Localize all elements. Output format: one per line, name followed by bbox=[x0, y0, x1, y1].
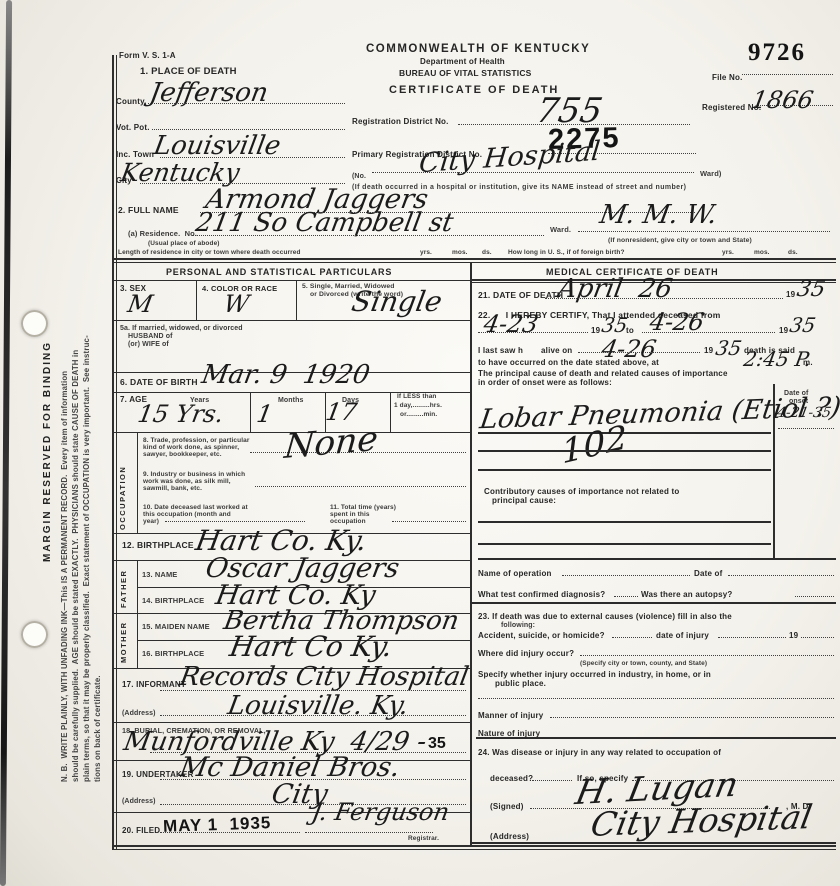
occurred-label: to have occurred on the date stated abov… bbox=[478, 359, 659, 367]
no-label: (No. bbox=[352, 173, 366, 180]
personal-title: PERSONAL AND STATISTICAL PARTICULARS bbox=[166, 268, 392, 277]
race-value: W bbox=[222, 292, 251, 316]
manner-injury-label: Manner of injury bbox=[478, 712, 543, 720]
institution-line bbox=[372, 172, 694, 173]
contributory-label-1: Contributory causes of importance not re… bbox=[484, 488, 679, 496]
date-of-death-year-pre: 19 bbox=[786, 291, 795, 299]
mother-birthplace-label: 16. BIRTHPLACE bbox=[142, 650, 204, 658]
mos1-label: mos. bbox=[452, 250, 468, 257]
father-vertical-label: FATHER bbox=[119, 566, 128, 608]
test-line bbox=[614, 596, 638, 597]
age-cell-line-3 bbox=[390, 392, 391, 432]
place-of-death-section: 1. PLACE OF DEATH bbox=[140, 67, 237, 77]
autopsy-label: Was there an autopsy? bbox=[641, 591, 732, 599]
operation-date-line bbox=[728, 575, 834, 576]
last-saw-year-pre: 19 bbox=[704, 347, 713, 355]
date-of-death-year: 35 bbox=[795, 279, 827, 301]
howlong-note: How long in U. S., if of foreign birth? bbox=[508, 250, 625, 257]
county-label: County bbox=[116, 98, 145, 106]
occ10-line bbox=[165, 521, 305, 522]
ds1-label: ds. bbox=[482, 250, 492, 257]
age-less-note-3: or.........min. bbox=[400, 412, 437, 419]
ward-value: M. M. W. bbox=[598, 202, 719, 228]
manner-injury-line bbox=[550, 717, 834, 718]
margin-nb-line3: plain terms, so that it may be properly … bbox=[82, 335, 91, 782]
specify-line bbox=[478, 698, 834, 699]
occupation-strip-line bbox=[137, 432, 138, 533]
attended-from-line bbox=[478, 332, 588, 333]
marital-value: Single bbox=[350, 288, 445, 316]
file-no-label: File No. bbox=[712, 74, 743, 82]
residence-value: 211 So Campbell st bbox=[194, 210, 456, 236]
father-name-value: Oscar Jaggers bbox=[204, 555, 402, 582]
father-birthplace-value: Hart Co. Ky bbox=[214, 582, 378, 609]
reg-district-label: Registration District No. bbox=[352, 118, 449, 126]
vot-pot-label: Vot. Pot. bbox=[116, 124, 150, 132]
last-saw-year: 35 bbox=[714, 338, 743, 358]
informant-value: Records City Hospital bbox=[178, 664, 471, 690]
informant-bottom-line bbox=[112, 722, 470, 723]
injury-year-line bbox=[801, 637, 834, 638]
birthplace-value: Hart Co. Ky. bbox=[194, 527, 369, 555]
column-divider bbox=[470, 262, 472, 846]
where-injury-line bbox=[580, 655, 834, 656]
mother-name-label: 15. MAIDEN NAME bbox=[142, 623, 210, 631]
attended-to-year: 35 bbox=[788, 315, 817, 335]
father-birthplace-label: 14. BIRTHPLACE bbox=[142, 597, 204, 605]
divider-top-outer bbox=[112, 258, 836, 260]
informant-address-line bbox=[160, 715, 466, 716]
death-certificate-scan: MARGIN RESERVED FOR BINDING N. B. WRITE … bbox=[0, 0, 840, 886]
attended-to-line bbox=[642, 332, 775, 333]
ward-line bbox=[578, 231, 830, 232]
test-row-bottom-line bbox=[470, 602, 836, 604]
attended-to-label: to bbox=[626, 327, 634, 335]
injury-year-pre: 19 bbox=[789, 632, 798, 640]
informant-label: 17. INFORMANT bbox=[122, 681, 186, 689]
accident-line bbox=[612, 637, 652, 638]
occ11-line bbox=[392, 521, 466, 522]
vot-pot-line bbox=[152, 129, 345, 130]
department-line: Department of Health bbox=[420, 58, 505, 66]
file-no-line bbox=[742, 74, 833, 75]
dob-value: Mar. 9 1920 bbox=[200, 362, 372, 388]
cause-intro-1: The principal cause of death and related… bbox=[478, 370, 728, 378]
registrar-label: Registrar. bbox=[408, 836, 439, 843]
last-saw-label-2: alive on bbox=[541, 347, 572, 355]
race-marital-cell-line bbox=[296, 280, 297, 320]
sex-row-bottom-line bbox=[112, 320, 470, 321]
onset-date-value: 4-21-35 bbox=[776, 406, 832, 420]
where-injury-label: Where did injury occur? bbox=[478, 650, 574, 658]
residence-label: (a) Residence. No. bbox=[128, 230, 197, 238]
state-header: COMMONWEALTH OF KENTUCKY bbox=[366, 44, 590, 56]
cause-line-3 bbox=[478, 469, 771, 471]
item23-label-1: 23. If death was due to external causes … bbox=[478, 613, 732, 621]
autopsy-line bbox=[795, 596, 834, 597]
time-m-label: m. bbox=[803, 359, 813, 367]
contributory-label-2: principal cause: bbox=[492, 497, 556, 505]
occ8-label-3: sawyer, bookkeeper, etc. bbox=[143, 452, 222, 459]
specify-label-1: Specify whether injury occurred in indus… bbox=[478, 671, 711, 679]
certificate-title: CERTIFICATE OF DEATH bbox=[389, 85, 559, 96]
married-note-3: (or) WIFE of bbox=[128, 341, 169, 348]
contributory-line-2 bbox=[478, 543, 771, 545]
specify-label-2: public place. bbox=[495, 680, 546, 688]
operation-date-label: Date of bbox=[694, 570, 723, 578]
test-label: What test confirmed diagnosis? bbox=[478, 591, 605, 599]
attended-to-year-pre: 19 bbox=[779, 327, 788, 335]
sex-value: M bbox=[126, 292, 155, 316]
filed-label: 20. FILED bbox=[122, 827, 160, 835]
deceased-line bbox=[532, 780, 572, 781]
length-of-residence-note: Length of residence in city or town wher… bbox=[118, 250, 301, 257]
contributory-line-3 bbox=[478, 558, 836, 560]
occ9-label-3: sawmill, bank, etc. bbox=[143, 486, 202, 493]
undertaker-value: Mc Daniel Bros. bbox=[178, 754, 403, 781]
occ9-line bbox=[255, 486, 466, 487]
mother-birthplace-value: Hart Co Ky. bbox=[228, 633, 395, 661]
age-months-value: 1 bbox=[255, 402, 275, 426]
margin-nb-line1: N. B. WRITE PLAINLY, WITH UNFADING INK—T… bbox=[60, 371, 69, 782]
age-less-note-2: 1 day,.........hrs. bbox=[394, 403, 442, 410]
divider-top-inner bbox=[112, 262, 836, 263]
operation-label: Name of operation bbox=[478, 570, 552, 578]
city-value: Kentucky bbox=[119, 160, 242, 185]
full-name-label: 2. FULL NAME bbox=[118, 206, 179, 215]
operation-line bbox=[562, 575, 690, 576]
physician-address-label: (Address) bbox=[490, 833, 529, 841]
contributory-line-1 bbox=[478, 521, 771, 523]
informant-address-label: (Address) bbox=[122, 710, 156, 717]
cause-line-2 bbox=[478, 450, 771, 452]
occ8-value: None bbox=[283, 422, 379, 464]
injury-date-label: date of injury bbox=[656, 632, 709, 640]
nature-injury-line bbox=[476, 737, 836, 739]
injury-date-line bbox=[718, 637, 786, 638]
form-code: Form V. S. 1-A bbox=[119, 52, 176, 60]
yrs1-label: yrs. bbox=[420, 250, 432, 257]
mos2-label: mos. bbox=[754, 250, 770, 257]
registered-no-value: 1866 bbox=[750, 88, 815, 112]
signed-label: (Signed) bbox=[490, 803, 524, 811]
form-border-bottom-inner bbox=[112, 849, 836, 850]
registrar-line bbox=[305, 832, 433, 833]
age-months-header: Months bbox=[278, 397, 303, 404]
item24-label: 24. Was disease or injury in any way rel… bbox=[478, 749, 721, 757]
bureau-line: BUREAU OF VITAL STATISTICS bbox=[399, 69, 532, 78]
punch-hole-bottom bbox=[21, 621, 48, 648]
birthplace-label: 12. BIRTHPLACE bbox=[122, 541, 194, 550]
margin-nb-line4: tions on back of certificate. bbox=[93, 675, 102, 782]
form-border-left-outer bbox=[112, 55, 114, 849]
county-line bbox=[148, 103, 345, 104]
attended-to-value: 4-26 bbox=[648, 310, 706, 334]
last-saw-label-1: I last saw h bbox=[478, 347, 523, 355]
item23-label-2: following: bbox=[501, 622, 535, 629]
attended-from-year: 35 bbox=[600, 315, 629, 335]
form-border-bottom-outer bbox=[112, 845, 836, 847]
accident-label: Accident, suicide, or homicide? bbox=[478, 632, 605, 640]
yrs2-label: yrs. bbox=[722, 250, 734, 257]
form-border-left-inner bbox=[116, 55, 117, 849]
age-less-note-1: If LESS than bbox=[397, 394, 436, 401]
burial-year-value: 35 bbox=[428, 736, 446, 752]
serial-number: 9726 bbox=[748, 40, 806, 65]
personal-title-line bbox=[112, 280, 470, 281]
undertaker-address-label: (Address) bbox=[122, 798, 156, 805]
occ10-label-3: year) bbox=[143, 519, 159, 526]
abode-note: (Usual place of abode) bbox=[148, 241, 220, 248]
margin-binding-note: MARGIN RESERVED FOR BINDING bbox=[42, 341, 53, 562]
nonresident-note: (If nonresident, give city or town and S… bbox=[608, 238, 752, 245]
mother-vertical-label: MOTHER bbox=[119, 619, 128, 663]
inc-town-value: Louisville bbox=[152, 133, 283, 159]
married-note-2: HUSBAND of bbox=[128, 333, 173, 340]
age-years-value: 15 Yrs. bbox=[136, 402, 226, 426]
registrar-signature: J. Ferguson bbox=[310, 800, 451, 824]
punch-hole-top bbox=[21, 310, 48, 337]
date-of-death-line bbox=[545, 298, 783, 299]
age-cell-line-1 bbox=[250, 392, 251, 432]
cause-intro-2: in order of onset were as follows: bbox=[478, 379, 612, 387]
ward-paren-label: Ward) bbox=[700, 170, 721, 178]
dob-label: 6. DATE OF BIRTH bbox=[120, 378, 198, 387]
ward-label: Ward. bbox=[550, 226, 571, 234]
physician-address-line bbox=[470, 842, 836, 844]
deceased-label: deceased? bbox=[490, 775, 533, 783]
physician-address-value: City Hospital bbox=[588, 800, 814, 841]
onset-date-line bbox=[778, 428, 834, 429]
last-saw-line bbox=[578, 352, 700, 353]
scan-binding-edge bbox=[0, 0, 12, 886]
father-name-label: 13. NAME bbox=[142, 571, 177, 579]
margin-nb-line2: should be carefully supplied. AGE should… bbox=[71, 350, 80, 782]
residence-line bbox=[192, 235, 544, 236]
filed-line bbox=[160, 832, 300, 833]
married-note-1: 5a. If married, widowed, or divorced bbox=[120, 325, 243, 332]
sex-race-cell-line bbox=[196, 280, 197, 320]
occupation-vertical-label: OCCUPATION bbox=[118, 440, 127, 530]
ds2-label: ds. bbox=[788, 250, 798, 257]
attended-from-year-pre: 19 bbox=[591, 327, 600, 335]
where-injury-note: (Specify city or town, county, and State… bbox=[580, 661, 707, 668]
